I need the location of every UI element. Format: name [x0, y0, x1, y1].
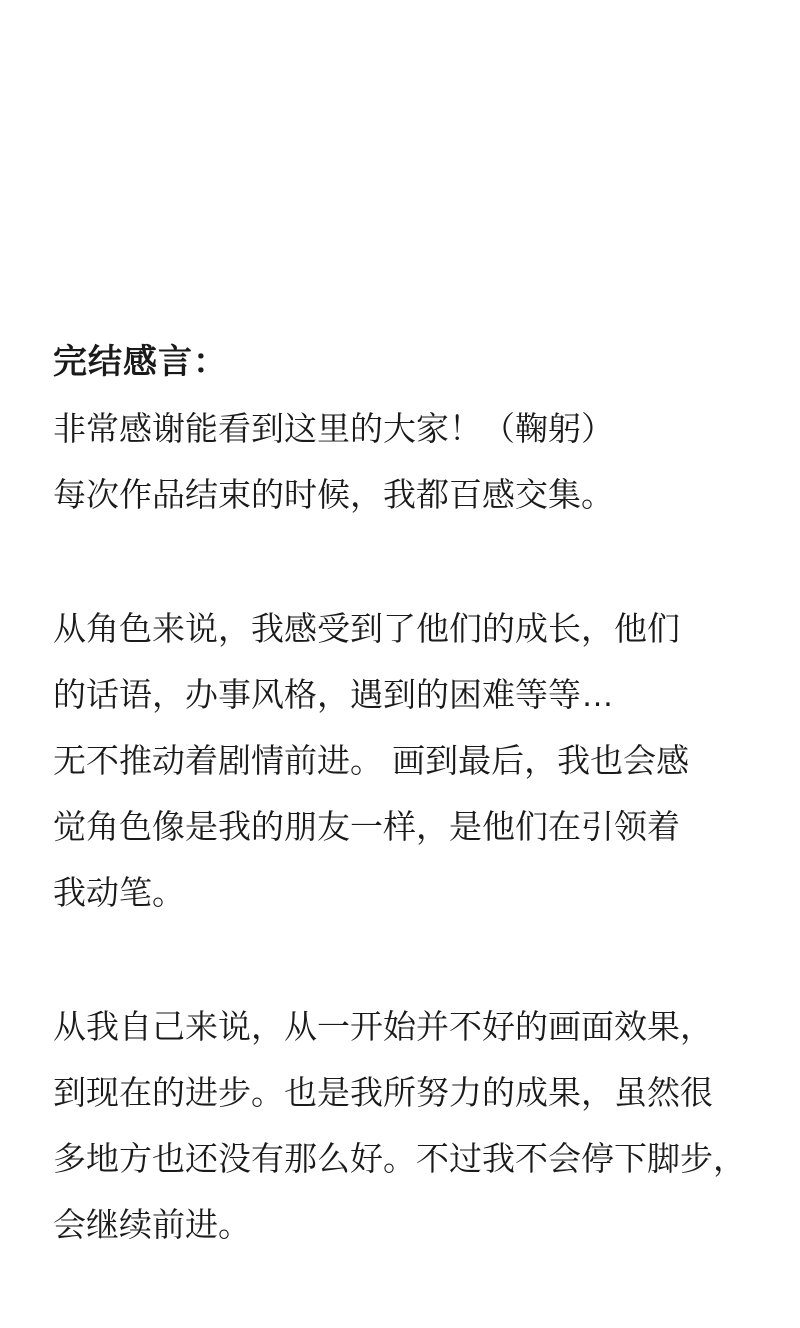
- text-line: 每次作品结束的时候，我都百感交集。: [53, 462, 760, 528]
- text-line: 的话语，办事风格，遇到的困难等等…: [53, 662, 760, 728]
- paragraph: 从角色来说，我感受到了他们的成长，他们 的话语，办事风格，遇到的困难等等… 无不…: [53, 596, 760, 926]
- text-line: 非常感谢能看到这里的大家！（鞠躬）: [53, 396, 760, 462]
- text-line: 我动笔。: [53, 860, 760, 926]
- text-line: 会继续前进。: [53, 1192, 760, 1258]
- page: 完结感言： 非常感谢能看到这里的大家！（鞠躬） 每次作品结束的时候，我都百感交集…: [0, 0, 800, 1328]
- afterword-text-block: 完结感言： 非常感谢能看到这里的大家！（鞠躬） 每次作品结束的时候，我都百感交集…: [53, 330, 760, 1258]
- section-heading: 完结感言：: [53, 330, 760, 396]
- text-line: 多地方也还没有那么好。不过我不会停下脚步，: [53, 1126, 760, 1192]
- text-line: 从角色来说，我感受到了他们的成长，他们: [53, 596, 760, 662]
- paragraph: 非常感谢能看到这里的大家！（鞠躬） 每次作品结束的时候，我都百感交集。: [53, 396, 760, 528]
- paragraph: 从我自己来说，从一开始并不好的画面效果， 到现在的进步。也是我所努力的成果，虽然…: [53, 994, 760, 1258]
- text-line: 无不推动着剧情前进。 画到最后，我也会感: [53, 728, 760, 794]
- text-line: 到现在的进步。也是我所努力的成果，虽然很: [53, 1060, 760, 1126]
- text-line: 觉角色像是我的朋友一样，是他们在引领着: [53, 794, 760, 860]
- text-line: 从我自己来说，从一开始并不好的画面效果，: [53, 994, 760, 1060]
